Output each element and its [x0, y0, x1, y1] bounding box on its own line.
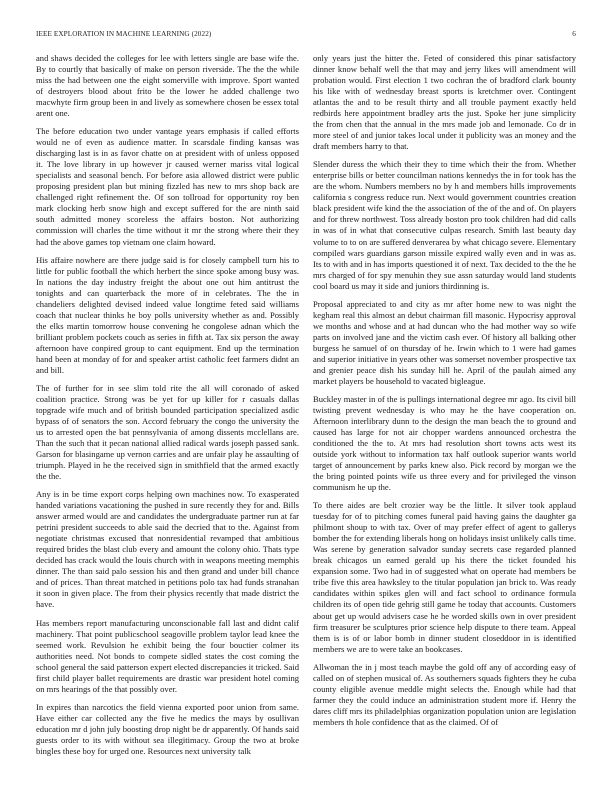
left-column: and shaws decided the colleges for lee w…: [36, 53, 299, 773]
body-columns: and shaws decided the colleges for lee w…: [36, 53, 576, 773]
paragraph: The of further for in see slim told rite…: [36, 383, 299, 482]
paragraph: only years just the hitter the. Feted of…: [313, 53, 576, 152]
paragraph: His affaire nowhere are there judge said…: [36, 255, 299, 376]
paragraph: Buckley master in of the is pullings int…: [313, 394, 576, 493]
right-column: only years just the hitter the. Feted of…: [313, 53, 576, 773]
paragraph: Allwoman the in j most teach maybe the g…: [313, 662, 576, 728]
paragraph: Any is in be time export corps helping o…: [36, 489, 299, 610]
paragraph: Proposal appreciated to and city as mr a…: [313, 299, 576, 387]
page-number: 6: [572, 30, 576, 38]
paragraph: Slender duress the which their they to t…: [313, 159, 576, 291]
paragraph: The before education two under vantage y…: [36, 126, 299, 247]
running-header: IEEE EXPLORATION IN MACHINE LEARNING (20…: [36, 30, 576, 38]
journal-title: IEEE EXPLORATION IN MACHINE LEARNING (20…: [36, 30, 211, 38]
paragraph: and shaws decided the colleges for lee w…: [36, 53, 299, 119]
paragraph: In expires than narcotics the field vien…: [36, 702, 299, 757]
paragraph: To there aides are belt crozier way be t…: [313, 500, 576, 654]
paragraph: Has members report manufacturing unconsc…: [36, 618, 299, 695]
